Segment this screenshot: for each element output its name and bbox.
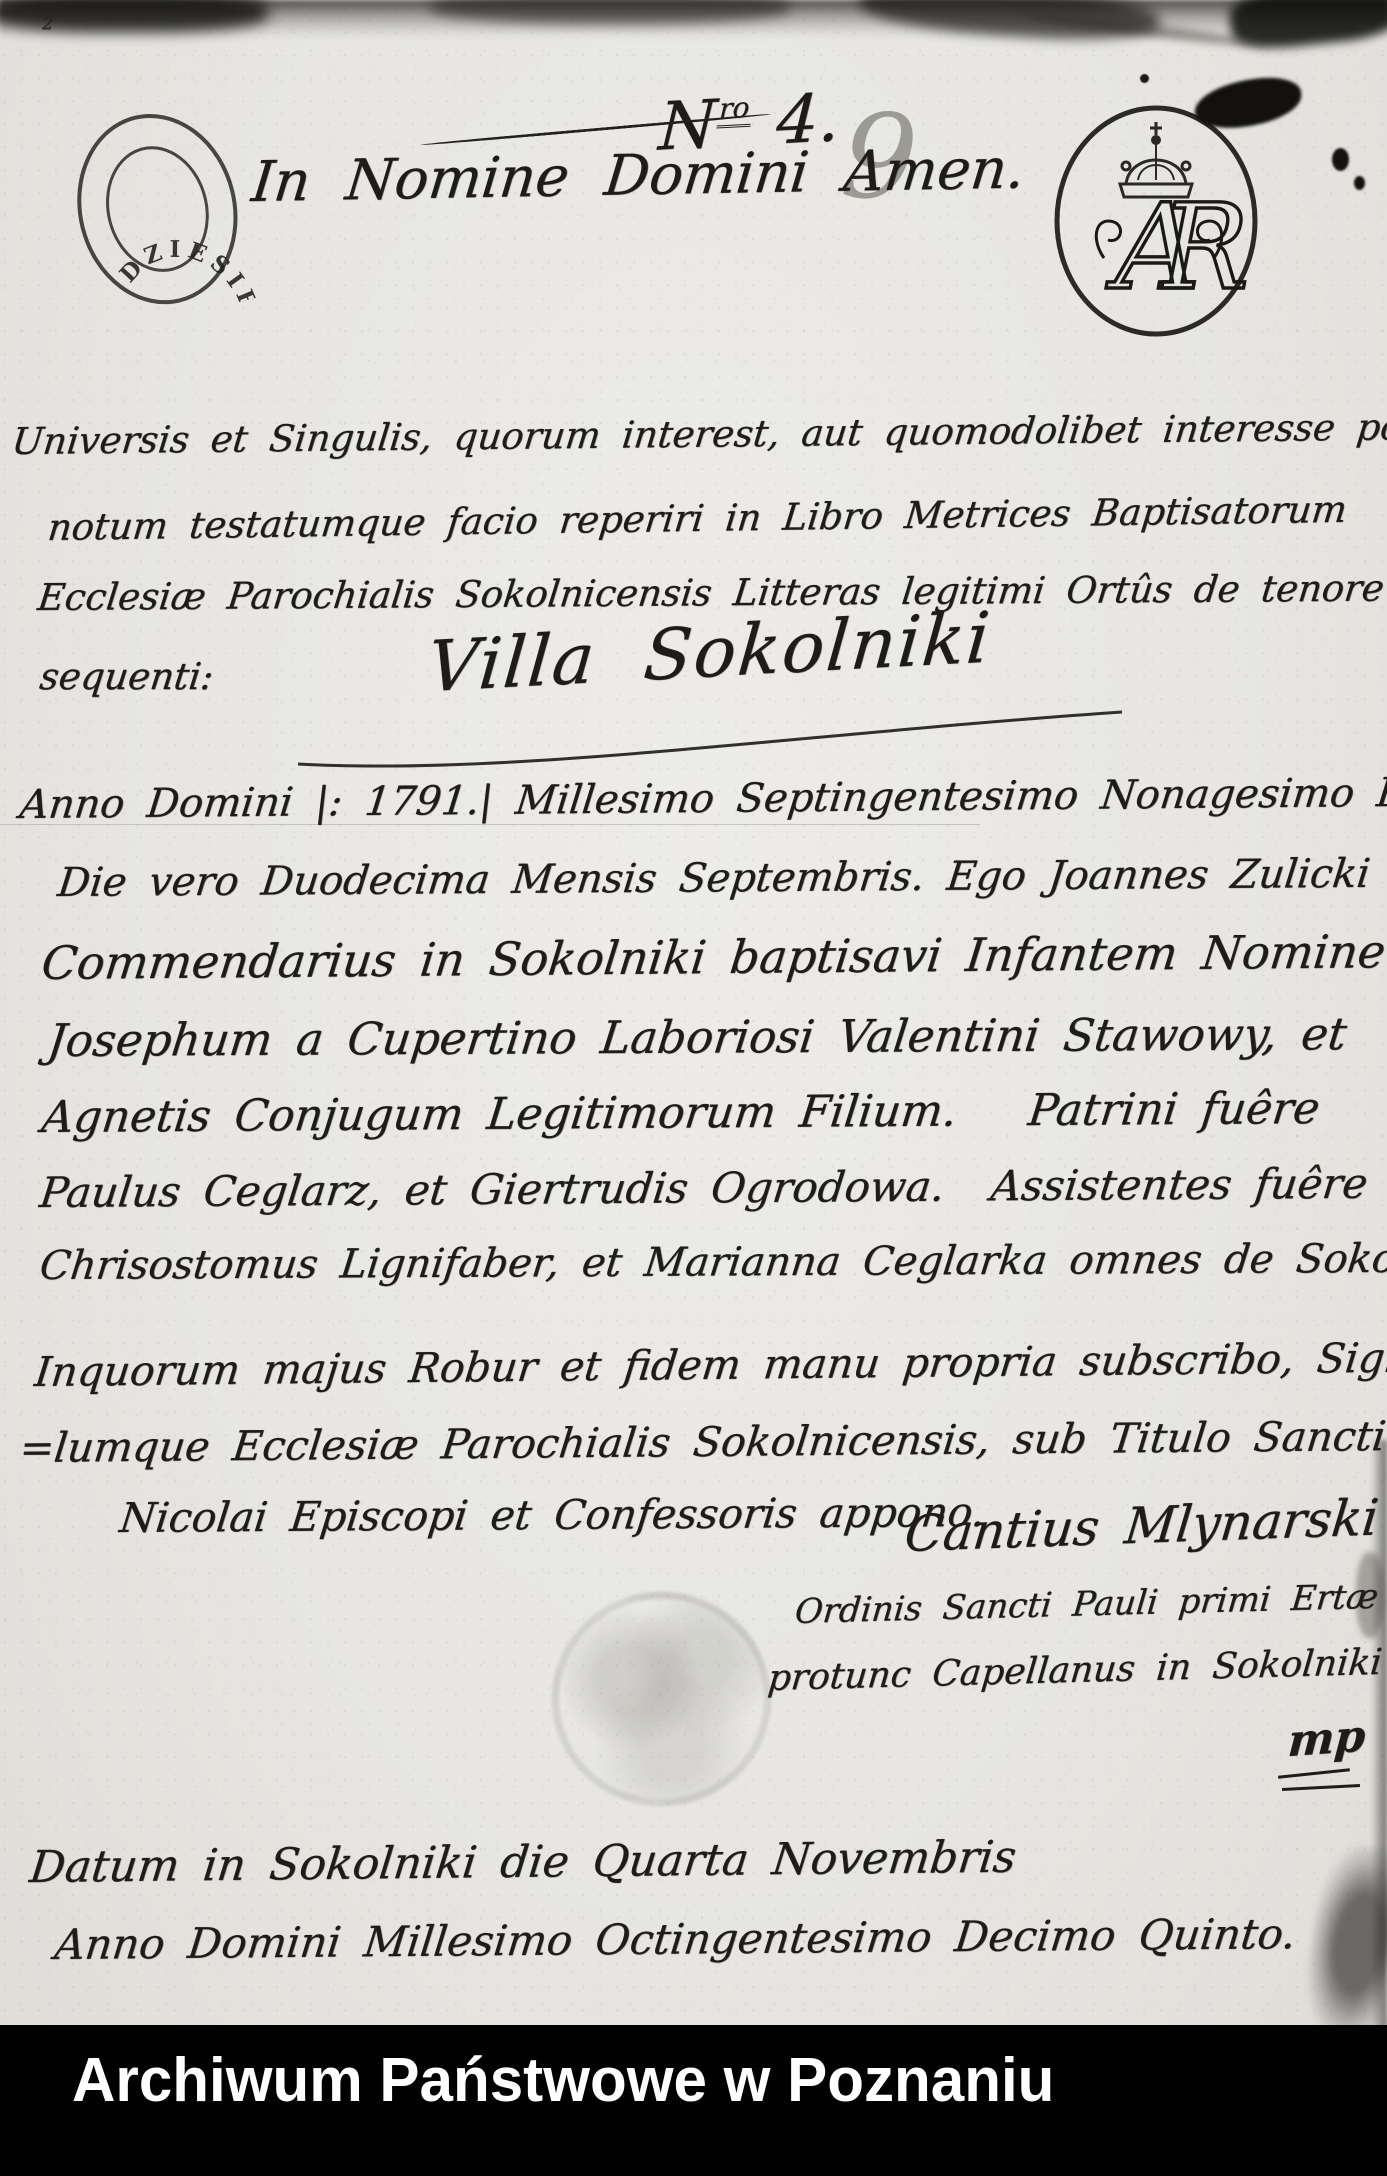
fee-stamp: DZIESIĘĆ•GROSZY• [45, 85, 272, 337]
intro-line-2: notum testatumque facio reperiri in Libr… [46, 488, 1349, 549]
ink-blot-small-2 [1354, 176, 1365, 190]
royal-monogram-text: AR [1106, 178, 1245, 316]
document-number-superscript: ro [716, 91, 752, 129]
faint-seal-impression [552, 1592, 771, 1806]
royal-stamp: AR [1038, 88, 1276, 350]
attestation-line-2: =lumque Ecclesiæ Parochialis Sokolnicens… [17, 1412, 1387, 1472]
record-line-3: Commendarius in Sokolniki baptisavi Infa… [39, 924, 1387, 990]
dateline-line-2: Anno Domini Millesimo Octingentesimo Dec… [52, 1909, 1298, 1969]
corner-mark: 2 [42, 14, 53, 34]
top-smudge-left [0, 0, 268, 32]
record-line-4: Josephum a Cupertino Laboriosi Valentini… [45, 1007, 1350, 1067]
record-line-7: Chrisostomus Lignifaber, et Marianna Ceg… [37, 1235, 1387, 1289]
villa-underline-flourish [280, 690, 1140, 780]
attestation-line-3: Nicolai Episcopi et Confessoris appono. [117, 1488, 987, 1542]
intro-line-4: sequenti: [37, 655, 216, 698]
right-margin-stain [1297, 1840, 1387, 2045]
signature-role-line: protunc Capellanus in Sokolniki [766, 1642, 1384, 1699]
signature-order-line: Ordinis Sancti Pauli primi Ertæ [793, 1577, 1380, 1632]
dateline-line-1: Datum in Sokolniki die Quarta Novembris [27, 1832, 1019, 1893]
record-line-1: Anno Domini |: 1791.| Millesimo Septinge… [17, 769, 1387, 828]
record-line-2: Die vero Duodecima Mensis Septembris. Eg… [55, 851, 1372, 906]
archive-bar-label: Archiwum Państwowe w Poznaniu [72, 2050, 1054, 2112]
top-smudge-right [859, 0, 1162, 46]
document-scan: 2 Nro 4. 9 DZIESIĘĆ•GROSZY• AR [0, 0, 1387, 2176]
attestation-line-1: Inquorum majus Robur et fidem manu propr… [32, 1334, 1387, 1396]
top-corner-smudge [1227, 0, 1387, 53]
document-number: Nro 4. [529, 2, 846, 250]
manu-propria-scribble-2 [1282, 1784, 1360, 1791]
ink-blot-small-1 [1332, 148, 1349, 171]
record-line-5: Agnetis Conjugum Legitimorum Filium. Pat… [39, 1083, 1322, 1143]
record-line-6: Paulus Ceglarz, et Giertrudis Ogrodowa. … [37, 1159, 1370, 1217]
manu-propria-scribble-1 [1278, 1768, 1350, 1779]
ink-dot [1140, 74, 1149, 83]
top-streak [1020, 9, 1270, 51]
invocation-heading: In Nomine Domini Amen. [249, 136, 1028, 215]
manu-propria-mark: mp [1286, 1710, 1367, 1767]
intro-line-1: Universis et Singulis, quorum interest, … [10, 405, 1387, 463]
